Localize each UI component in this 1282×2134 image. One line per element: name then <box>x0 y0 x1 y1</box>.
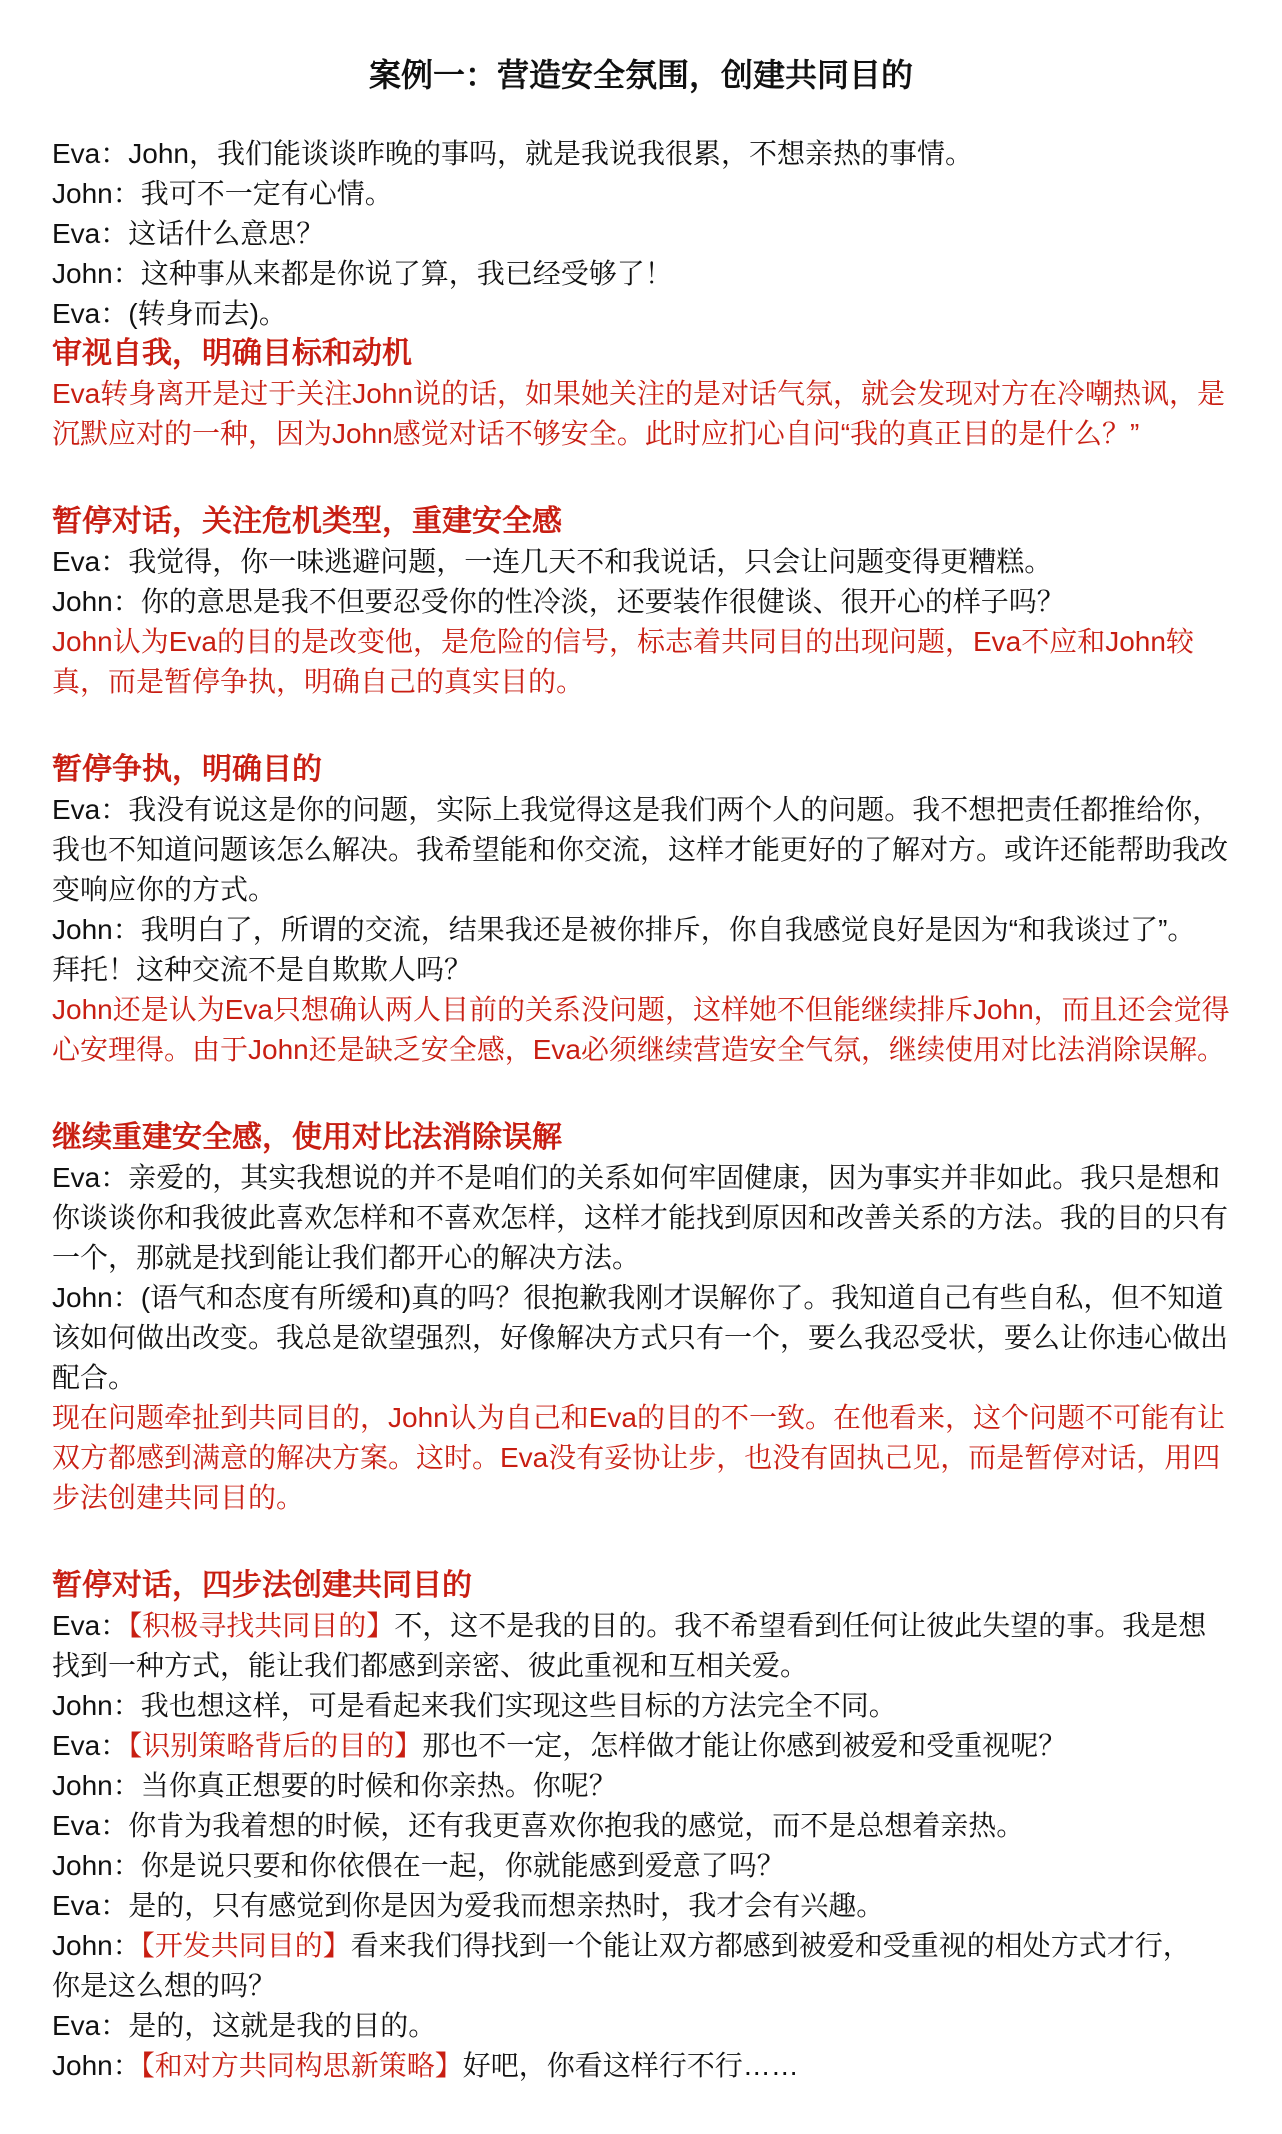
utterance-text: 我没有说这是你的问题，实际上我觉得这是我们两个人的问题。我不想把责任都推给你， <box>128 794 1220 825</box>
colon: ： <box>100 1610 128 1641</box>
utterance-text: 你肯为我着想的时候，还有我更喜欢你抱我的感觉，而不是总想着亲热。 <box>128 1810 1024 1841</box>
dialogue-line: Eva：亲爱的，其实我想说的并不是咱们的关系如何牢固健康，因为事实并非如此。我只… <box>52 1158 1230 1198</box>
dialogue-line: John：当你真正想要的时候和你亲热。你呢？ <box>52 1766 1230 1806</box>
strategy-step-label: 【识别策略背后的目的】 <box>128 1730 422 1761</box>
speaker-name: Eva <box>52 298 100 329</box>
utterance-text: 不，这不是我的目的。我不希望看到任何让彼此失望的事。我是想 <box>394 1610 1206 1641</box>
section-heading: 暂停对话，四步法创建共同目的 <box>52 1566 1230 1606</box>
speaker-name: Eva <box>52 218 100 249</box>
speaker-name: Eva <box>52 794 100 825</box>
speaker-name: Eva <box>52 1810 100 1841</box>
commentary-line: 现在问题牵扯到共同目的，John认为自己和Eva的目的不一致。在他看来，这个问题… <box>52 1398 1230 1438</box>
colon: ： <box>100 218 128 249</box>
utterance-continuation: 配合。 <box>52 1358 1230 1398</box>
utterance-continuation: 找到一种方式，能让我们都感到亲密、彼此重视和互相关爱。 <box>52 1646 1230 1686</box>
analysis-commentary: John还是认为Eva只想确认两人目前的关系没问题，这样她不但能继续排斥John… <box>52 990 1230 1070</box>
dialogue-line: Eva：【识别策略背后的目的】那也不一定，怎样做才能让你感到被爱和受重视呢？ <box>52 1726 1230 1766</box>
speaker-name: John <box>52 2050 113 2081</box>
dialogue-line: John：我也想这样，可是看起来我们实现这些目标的方法完全不同。 <box>52 1686 1230 1726</box>
colon: ： <box>113 1690 141 1721</box>
dialogue-line: Eva：是的，这就是我的目的。 <box>52 2006 1230 2046</box>
utterance-text: 这种事从来都是你说了算，我已经受够了！ <box>141 258 673 289</box>
strategy-step-label: 【和对方共同构思新策略】 <box>141 2050 463 2081</box>
colon: ： <box>113 1930 141 1961</box>
utterance-continuation: 你谈谈你和我彼此喜欢怎样和不喜欢怎样，这样才能找到原因和改善关系的方法。我的目的… <box>52 1198 1230 1238</box>
dialogue-line: Eva：(转身而去)。 <box>52 294 1230 334</box>
speaker-name: John <box>52 1690 113 1721</box>
dialogue-line: Eva：我没有说这是你的问题，实际上我觉得这是我们两个人的问题。我不想把责任都推… <box>52 790 1230 830</box>
dialogue-line: John：我明白了，所谓的交流，结果我还是被你排斥，你自我感觉良好是因为“和我谈… <box>52 910 1230 950</box>
utterance-continuation: 你是这么想的吗？ <box>52 1966 1230 2006</box>
utterance-text: 那也不一定，怎样做才能让你感到被爱和受重视呢？ <box>422 1730 1066 1761</box>
dialogue-entry: Eva：亲爱的，其实我想说的并不是咱们的关系如何牢固健康，因为事实并非如此。我只… <box>52 1158 1230 1278</box>
speaker-name: Eva <box>52 2010 100 2041</box>
speaker-name: John <box>52 178 113 209</box>
dialogue-line: Eva：我觉得，你一味逃避问题，一连几天不和我说话，只会让问题变得更糟糕。 <box>52 542 1230 582</box>
dialogue-line: John：【开发共同目的】看来我们得找到一个能让双方都感到被爱和受重视的相处方式… <box>52 1926 1230 1966</box>
colon: ： <box>113 1850 141 1881</box>
speaker-name: John <box>52 1770 113 1801</box>
colon: ： <box>113 914 141 945</box>
dialogue-entry: Eva：【积极寻找共同目的】不，这不是我的目的。我不希望看到任何让彼此失望的事。… <box>52 1606 1230 1686</box>
utterance-text: 好吧，你看这样行不行…… <box>463 2050 799 2081</box>
colon: ： <box>100 298 128 329</box>
speaker-name: John <box>52 586 113 617</box>
dialogue-line: Eva：John，我们能谈谈昨晚的事吗，就是我说我很累，不想亲热的事情。 <box>52 134 1230 174</box>
colon: ： <box>100 1730 128 1761</box>
utterance-text: 当你真正想要的时候和你亲热。你呢？ <box>141 1770 617 1801</box>
section-pause-argument: 暂停争执，明确目的 Eva：我没有说这是你的问题，实际上我觉得这是我们两个人的问… <box>52 750 1230 1070</box>
colon: ： <box>113 178 141 209</box>
dialogue-entry: John：我明白了，所谓的交流，结果我还是被你排斥，你自我感觉良好是因为“和我谈… <box>52 910 1230 990</box>
commentary-line: 心安理得。由于John还是缺乏安全感，Eva必须继续营造安全气氛，继续使用对比法… <box>52 1030 1230 1070</box>
section-heading: 暂停争执，明确目的 <box>52 750 1230 790</box>
utterance-text: 我可不一定有心情。 <box>141 178 393 209</box>
speaker-name: Eva <box>52 546 100 577</box>
utterance-text: 是的，只有感觉到你是因为爱我而想亲热时，我才会有兴趣。 <box>128 1890 884 1921</box>
utterance-text: 你的意思是我不但要忍受你的性冷淡，还要装作很健谈、很开心的样子吗？ <box>141 586 1065 617</box>
colon: ： <box>113 1282 141 1313</box>
speaker-name: John <box>52 258 113 289</box>
utterance-text: 我明白了，所谓的交流，结果我还是被你排斥，你自我感觉良好是因为“和我谈过了”。 <box>141 914 1196 945</box>
document-page: 案例一：营造安全氛围，创建共同目的 Eva：John，我们能谈谈昨晚的事吗，就是… <box>0 0 1282 2086</box>
utterance-text: John，我们能谈谈昨晚的事吗，就是我说我很累，不想亲热的事情。 <box>128 138 973 169</box>
commentary-line: 真，而是暂停争执，明确自己的真实目的。 <box>52 662 1230 702</box>
analysis-commentary: John认为Eva的目的是改变他，是危险的信号，标志着共同目的出现问题，Eva不… <box>52 622 1230 702</box>
colon: ： <box>100 1162 128 1193</box>
commentary-line: 双方都感到满意的解决方案。这时。Eva没有妥协让步，也没有固执己见，而是暂停对话… <box>52 1438 1230 1478</box>
commentary-line: John还是认为Eva只想确认两人目前的关系没问题，这样她不但能继续排斥John… <box>52 990 1230 1030</box>
utterance-continuation: 该如何做出改变。我总是欲望强烈，好像解决方式只有一个，要么我忍受状，要么让你违心… <box>52 1318 1230 1358</box>
section-self-review: 审视自我，明确目标和动机 Eva转身离开是过于关注John说的话，如果她关注的是… <box>52 334 1230 454</box>
commentary-line: 步法创建共同目的。 <box>52 1478 1230 1518</box>
utterance-text: 是的，这就是我的目的。 <box>128 2010 436 2041</box>
utterance-text: 这话什么意思？ <box>128 218 324 249</box>
utterance-text: 我也想这样，可是看起来我们实现这些目标的方法完全不同。 <box>141 1690 897 1721</box>
dialogue-line: Eva：你肯为我着想的时候，还有我更喜欢你抱我的感觉，而不是总想着亲热。 <box>52 1806 1230 1846</box>
dialogue-line: Eva：【积极寻找共同目的】不，这不是我的目的。我不希望看到任何让彼此失望的事。… <box>52 1606 1230 1646</box>
commentary-line: Eva转身离开是过于关注John说的话，如果她关注的是对话气氛，就会发现对方在冷… <box>52 374 1230 414</box>
colon: ： <box>100 138 128 169</box>
analysis-commentary: 现在问题牵扯到共同目的，John认为自己和Eva的目的不一致。在他看来，这个问题… <box>52 1398 1230 1518</box>
opening-dialogue: Eva：John，我们能谈谈昨晚的事吗，就是我说我很累，不想亲热的事情。 Joh… <box>52 134 1230 334</box>
utterance-text: (语气和态度有所缓和)真的吗？很抱歉我刚才误解你了。我知道自己有些自私，但不知道 <box>141 1282 1224 1313</box>
colon: ： <box>100 2010 128 2041</box>
utterance-text: 你是说只要和你依偎在一起，你就能感到爱意了吗？ <box>141 1850 785 1881</box>
speaker-name: Eva <box>52 1610 100 1641</box>
section-contrast-method: 继续重建安全感，使用对比法消除误解 Eva：亲爱的，其实我想说的并不是咱们的关系… <box>52 1118 1230 1518</box>
speaker-name: Eva <box>52 138 100 169</box>
commentary-line: John认为Eva的目的是改变他，是危险的信号，标志着共同目的出现问题，Eva不… <box>52 622 1230 662</box>
dialogue-line: John：这种事从来都是你说了算，我已经受够了！ <box>52 254 1230 294</box>
utterance-continuation: 拜托！这种交流不是自欺欺人吗？ <box>52 950 1230 990</box>
section-four-step-method: 暂停对话，四步法创建共同目的 Eva：【积极寻找共同目的】不，这不是我的目的。我… <box>52 1566 1230 2086</box>
speaker-name: John <box>52 1850 113 1881</box>
colon: ： <box>100 546 128 577</box>
dialogue-line: John：你的意思是我不但要忍受你的性冷淡，还要装作很健谈、很开心的样子吗？ <box>52 582 1230 622</box>
strategy-step-label: 【积极寻找共同目的】 <box>128 1610 394 1641</box>
analysis-commentary: Eva转身离开是过于关注John说的话，如果她关注的是对话气氛，就会发现对方在冷… <box>52 374 1230 454</box>
colon: ： <box>113 2050 141 2081</box>
dialogue-entry: John：(语气和态度有所缓和)真的吗？很抱歉我刚才误解你了。我知道自己有些自私… <box>52 1278 1230 1398</box>
speaker-name: John <box>52 1282 113 1313</box>
section-heading: 暂停对话，关注危机类型，重建安全感 <box>52 502 1230 542</box>
dialogue-line: John：(语气和态度有所缓和)真的吗？很抱歉我刚才误解你了。我知道自己有些自私… <box>52 1278 1230 1318</box>
dialogue-entry: John：【开发共同目的】看来我们得找到一个能让双方都感到被爱和受重视的相处方式… <box>52 1926 1230 2006</box>
section-rebuild-safety: 暂停对话，关注危机类型，重建安全感 Eva：我觉得，你一味逃避问题，一连几天不和… <box>52 502 1230 702</box>
colon: ： <box>100 1810 128 1841</box>
speaker-name: John <box>52 1930 113 1961</box>
utterance-continuation: 一个，那就是找到能让我们都开心的解决方法。 <box>52 1238 1230 1278</box>
speaker-name: Eva <box>52 1162 100 1193</box>
utterance-continuation: 变响应你的方式。 <box>52 870 1230 910</box>
utterance-continuation: 我也不知道问题该怎么解决。我希望能和你交流，这样才能更好的了解对方。或许还能帮助… <box>52 830 1230 870</box>
utterance-text: (转身而去)。 <box>128 298 287 329</box>
utterance-text: 我觉得，你一味逃避问题，一连几天不和我说话，只会让问题变得更糟糕。 <box>128 546 1052 577</box>
section-heading: 审视自我，明确目标和动机 <box>52 334 1230 374</box>
dialogue-line: John：我可不一定有心情。 <box>52 174 1230 214</box>
utterance-text: 看来我们得找到一个能让双方都感到被爱和受重视的相处方式才行， <box>351 1930 1191 1961</box>
dialogue-line: Eva：这话什么意思？ <box>52 214 1230 254</box>
dialogue-line: John：【和对方共同构思新策略】好吧，你看这样行不行…… <box>52 2046 1230 2086</box>
utterance-text: 亲爱的，其实我想说的并不是咱们的关系如何牢固健康，因为事实并非如此。我只是想和 <box>128 1162 1220 1193</box>
speaker-name: John <box>52 914 113 945</box>
document-title: 案例一：营造安全氛围，创建共同目的 <box>52 55 1230 95</box>
colon: ： <box>113 1770 141 1801</box>
colon: ： <box>113 586 141 617</box>
dialogue-line: Eva：是的，只有感觉到你是因为爱我而想亲热时，我才会有兴趣。 <box>52 1886 1230 1926</box>
colon: ： <box>100 794 128 825</box>
dialogue-entry: Eva：我没有说这是你的问题，实际上我觉得这是我们两个人的问题。我不想把责任都推… <box>52 790 1230 910</box>
speaker-name: Eva <box>52 1890 100 1921</box>
colon: ： <box>113 258 141 289</box>
section-heading: 继续重建安全感，使用对比法消除误解 <box>52 1118 1230 1158</box>
dialogue-line: John：你是说只要和你依偎在一起，你就能感到爱意了吗？ <box>52 1846 1230 1886</box>
colon: ： <box>100 1890 128 1921</box>
commentary-line: 沉默应对的一种，因为John感觉对话不够安全。此时应扪心自问“我的真正目的是什么… <box>52 414 1230 454</box>
strategy-step-label: 【开发共同目的】 <box>141 1930 351 1961</box>
speaker-name: Eva <box>52 1730 100 1761</box>
